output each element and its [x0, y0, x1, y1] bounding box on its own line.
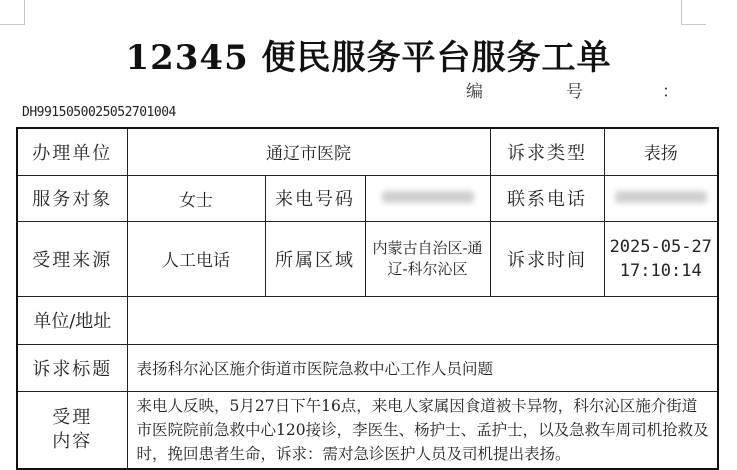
address-value — [127, 296, 718, 344]
content-label-line: 受理 — [18, 406, 127, 430]
contact-phone-label: 联系电话 — [490, 175, 604, 221]
redacted-phone — [382, 191, 474, 203]
document-title: 12345 便民服务平台服务工单 — [0, 30, 737, 79]
request-type-value: 表扬 — [604, 128, 718, 175]
page-corner-mark — [681, 0, 706, 25]
content-label: 受理 内容 — [17, 391, 127, 469]
source-value: 人工电话 — [127, 221, 265, 296]
request-type-label: 诉求类型 — [490, 128, 604, 175]
region-value: 内蒙古自治区-通辽-科尔沁区 — [365, 221, 490, 296]
ticket-id: DH9915050025052701004 — [22, 105, 176, 120]
serial-label-char: 编 — [466, 77, 483, 102]
service-target-label: 服务对象 — [17, 175, 127, 221]
address-label: 单位/地址 — [17, 296, 127, 344]
handling-unit-label: 办理单位 — [17, 128, 127, 175]
redacted-phone — [615, 191, 707, 203]
caller-number-label: 来电号码 — [265, 175, 365, 221]
handling-unit-value: 通辽市医院 — [127, 128, 490, 175]
table-row: 受理 内容 来电人反映，5月27日下午16点，来电人家属因食道被卡异物，科尔沁区… — [17, 391, 718, 469]
serial-label-char: 号 — [566, 77, 583, 102]
table-row: 受理来源 人工电话 所属区域 内蒙古自治区-通辽-科尔沁区 诉求时间 2025-… — [17, 221, 718, 296]
page-corner-mark — [0, 0, 25, 25]
service-target-value: 女士 — [127, 175, 265, 221]
subject-label: 诉求标题 — [17, 344, 127, 391]
request-time-label: 诉求时间 — [490, 221, 604, 296]
table-row: 办理单位 通辽市医院 诉求类型 表扬 — [17, 128, 718, 175]
contact-phone-value — [604, 175, 718, 221]
content-value: 来电人反映，5月27日下午16点，来电人家属因食道被卡异物，科尔沁区施介街道市医… — [127, 391, 718, 469]
serial-label-char: ： — [662, 77, 679, 102]
work-order-table: 办理单位 通辽市医院 诉求类型 表扬 服务对象 女士 来电号码 联系电话 受理来… — [16, 127, 719, 470]
request-time-value: 2025-05-27 17:10:14 — [604, 221, 718, 296]
table-row: 单位/地址 — [17, 296, 718, 344]
content-label-line: 内容 — [18, 430, 127, 454]
region-label: 所属区域 — [265, 221, 365, 296]
table-row: 服务对象 女士 来电号码 联系电话 — [17, 175, 718, 221]
source-label: 受理来源 — [17, 221, 127, 296]
request-clock: 17:10:14 — [605, 259, 718, 283]
subject-value: 表扬科尔沁区施介街道市医院急救中心工作人员问题 — [127, 344, 718, 391]
caller-number-value — [365, 175, 490, 221]
table-row: 诉求标题 表扬科尔沁区施介街道市医院急救中心工作人员问题 — [17, 344, 718, 391]
request-date: 2025-05-27 — [605, 235, 718, 259]
